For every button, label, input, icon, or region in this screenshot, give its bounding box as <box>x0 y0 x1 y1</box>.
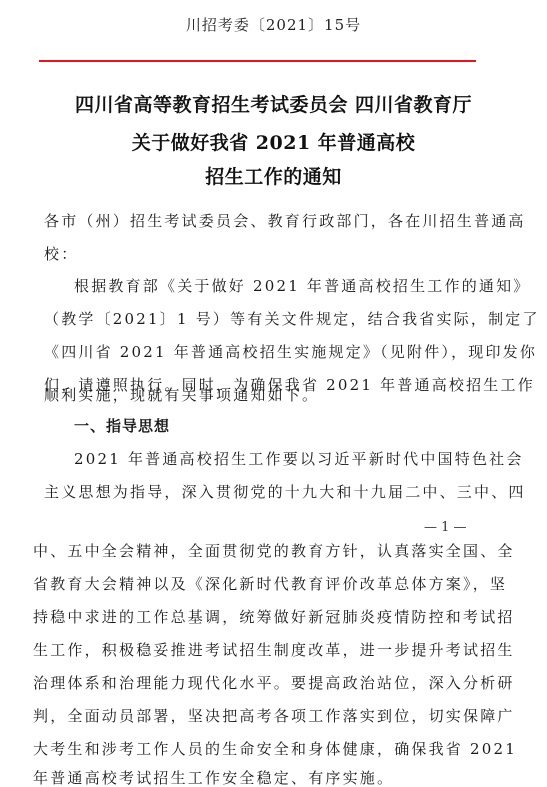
body-line: 年普通高校考试招生工作安全稳定、有序实施。 <box>33 767 394 787</box>
body-line: （教学〔2021〕1 号）等有关文件规定，结合我省实际，制定了 <box>44 308 540 329</box>
title-line-2: 关于做好我省 2021 年普通高校 <box>0 128 547 155</box>
body-line: 判，全面动员部署，坚决把高考各项工作落实到位，切实保障广 <box>33 705 515 726</box>
addressee-line-cont: 校： <box>44 243 78 264</box>
section-heading: 一、指导思想 <box>74 415 170 436</box>
body-line: 省教育大会精神以及《深化新时代教育评价改革总体方案》，坚 <box>33 573 507 594</box>
body-line: 治理体系和治理能力现代化水平。要提高政治站位，深入分析研 <box>33 672 515 693</box>
body-line: 持稳中求进的工作总基调，统筹做好新冠肺炎疫情防控和考试招 <box>33 606 515 627</box>
body-line: 生工作，积极稳妥推进考试招生制度改革，进一步提升考试招生 <box>33 639 515 660</box>
title-line-3: 招生工作的通知 <box>0 162 547 189</box>
red-header-rule <box>39 60 476 62</box>
document-number: 川招考委〔2021〕15号 <box>0 14 547 35</box>
body-line: 根据教育部《关于做好 2021 年普通高校招生工作的通知》 <box>74 275 531 296</box>
body-line: 2021 年普通高校招生工作要以习近平新时代中国特色社会 <box>74 448 524 469</box>
title-line-1: 四川省高等教育招生考试委员会 四川省教育厅 <box>0 90 547 117</box>
page-number: — 1 — <box>424 520 467 535</box>
body-line: 顺利实施，现就有关事项通知如下。 <box>44 384 319 405</box>
body-line: 《四川省 2021 年普通高校招生实施规定》（见附件），现印发你 <box>44 341 537 362</box>
body-line: 大考生和涉考工作人员的生命安全和身体健康，确保我省 2021 <box>33 738 517 759</box>
body-line: 中、五中全会精神，全面贯彻党的教育方针，认真落实全国、全 <box>33 540 515 561</box>
addressee-line: 各市（州）招生考试委员会、教育行政部门，各在川招生普通高 <box>44 210 526 231</box>
body-line: 主义思想为指导，深入贯彻党的十九大和十九届二中、三中、四 <box>44 481 526 502</box>
